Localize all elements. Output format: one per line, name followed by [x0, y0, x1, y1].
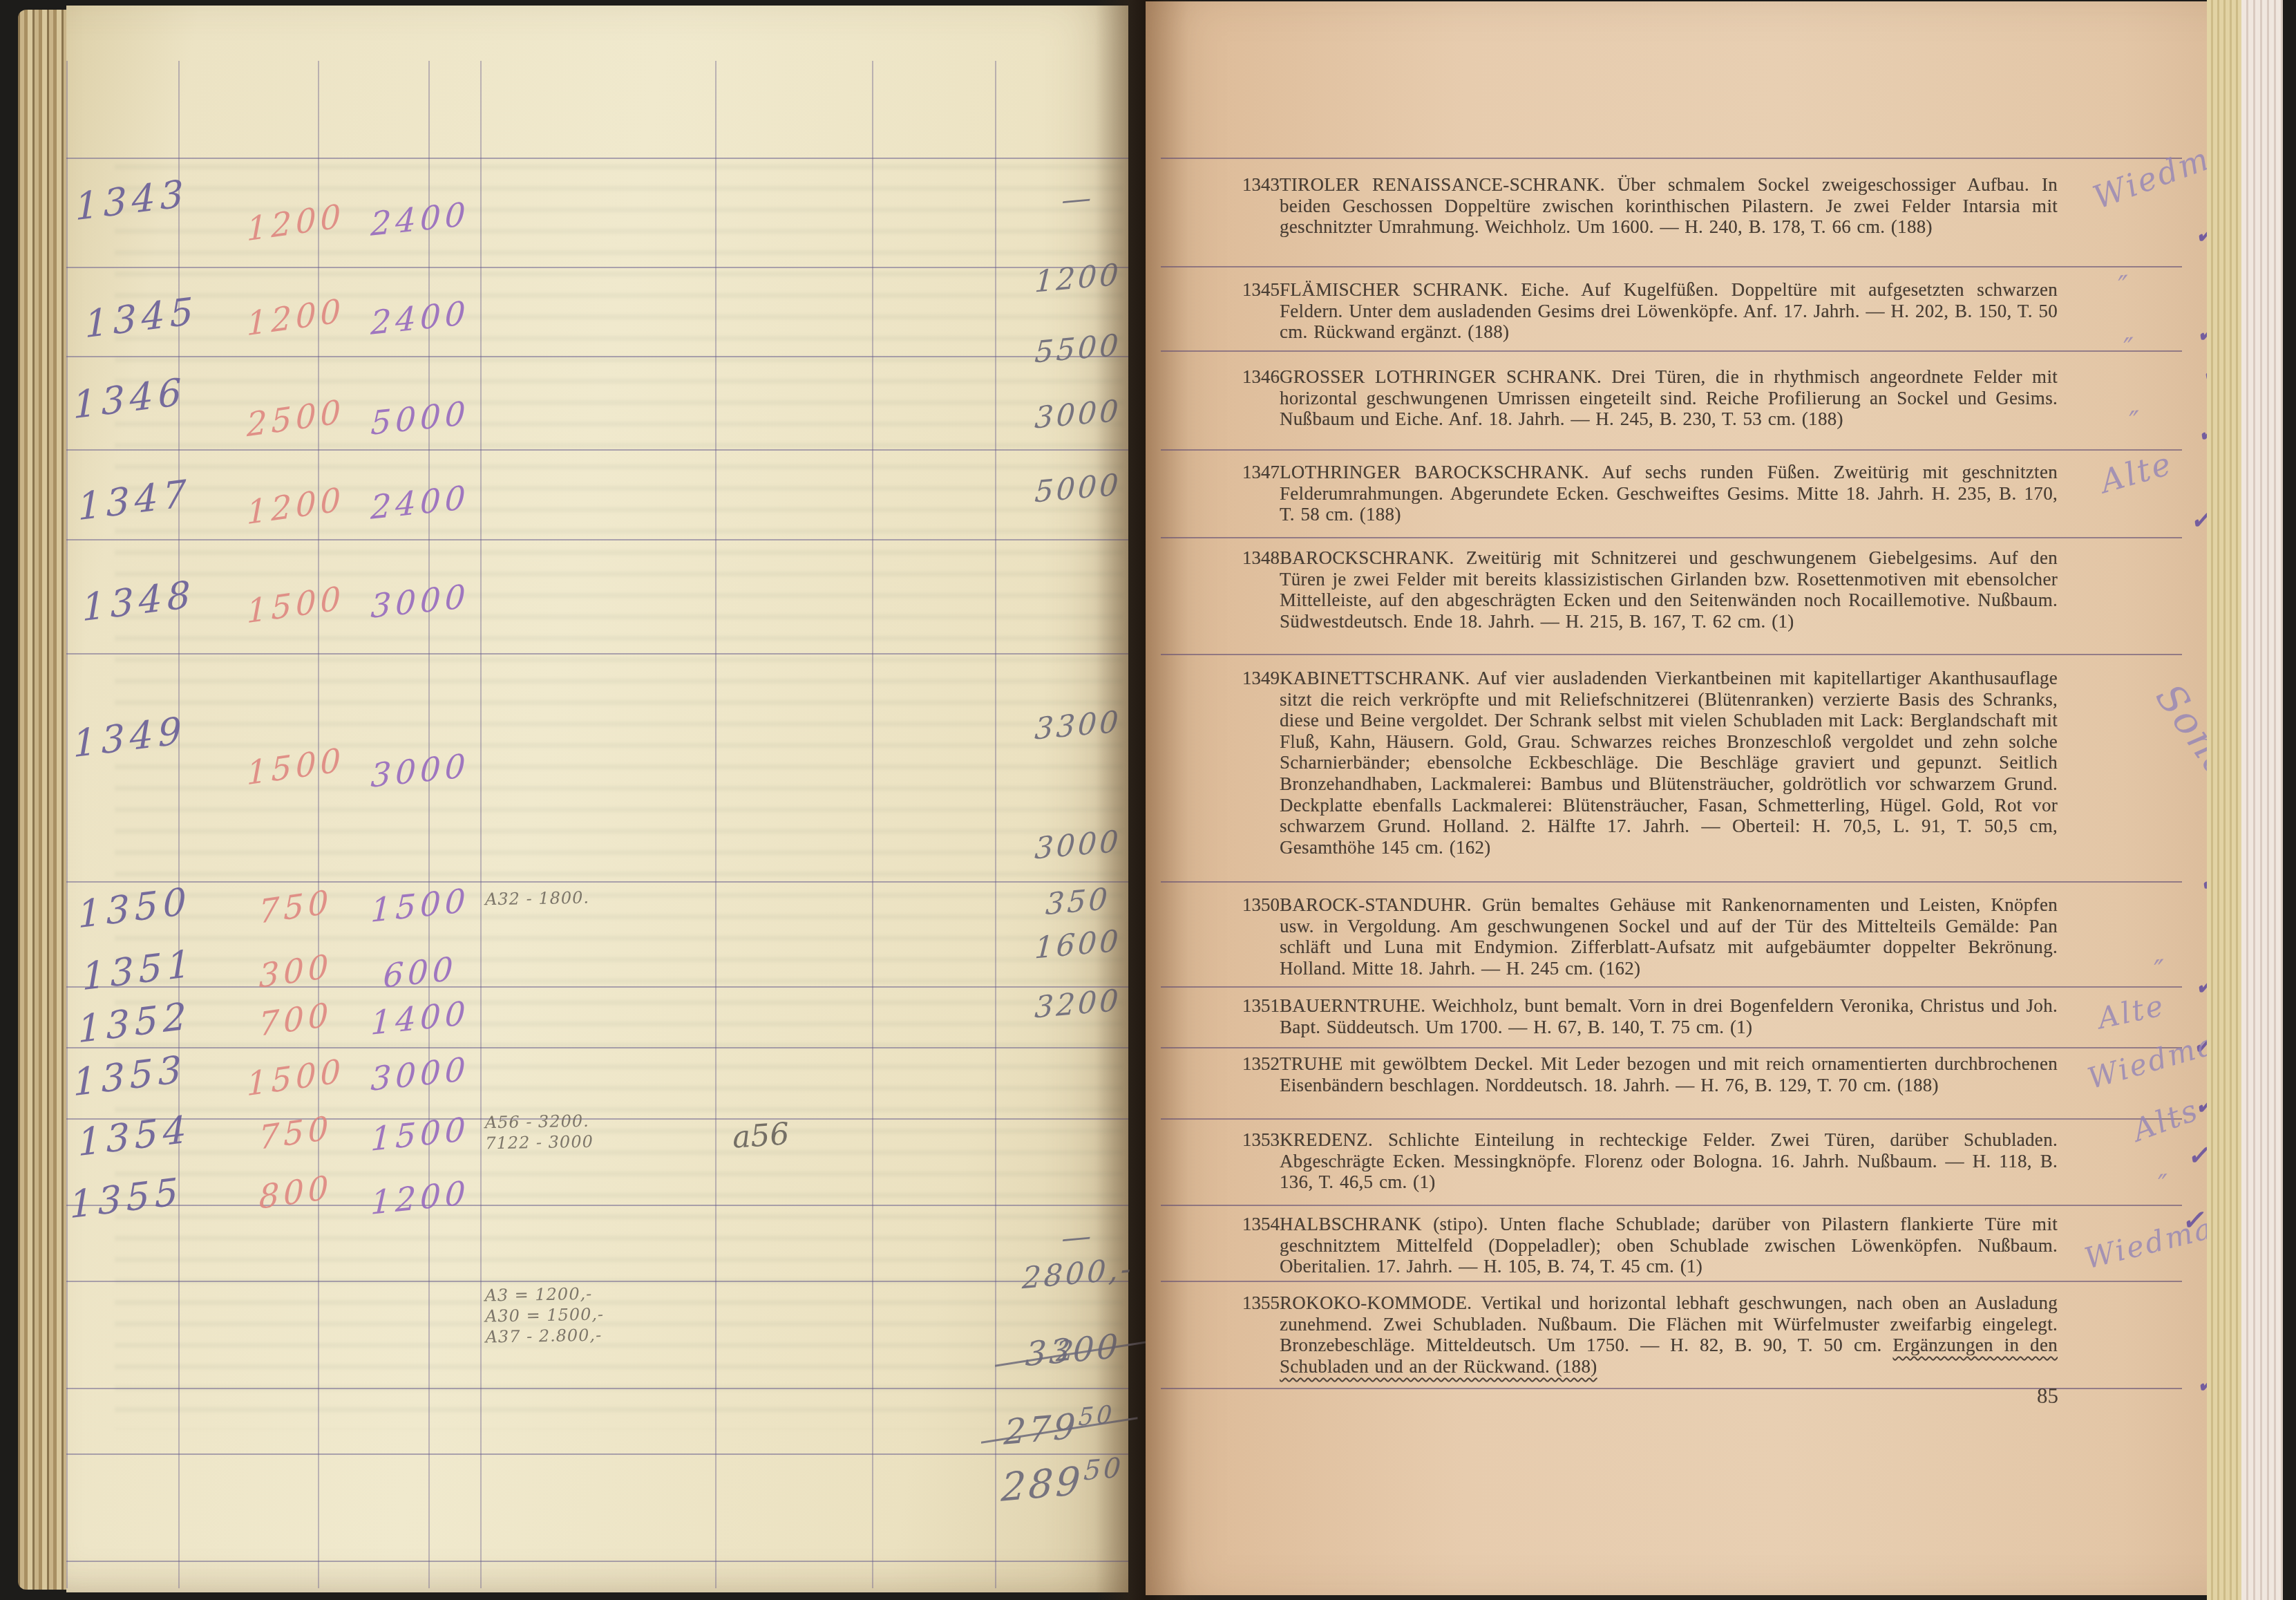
entry-text: BAROCK-STANDUHR. Grün bemaltes Gehäuse m… [1280, 894, 2058, 979]
entry-number: 1348 [1234, 547, 1280, 569]
catalog-entry: KABINETTSCHRANK. Auf vier ausladenden Vi… [1280, 668, 2058, 879]
scanned-auction-book: 1343 1345 1346 1347 1348 1349 1350 1351 … [0, 0, 2296, 1600]
catalog-page: 1343 TIROLER RENAISSANCE-SCHRANK. Über s… [1146, 1, 2207, 1595]
entry-text: KREDENZ. Schlichte Einteilung in rechtec… [1280, 1129, 2058, 1192]
entry-text: KABINETTSCHRANK. Auf vier ausladenden Vi… [1280, 668, 2058, 858]
catalog-entry: BAUERNTRUHE. Weichholz, bunt bemalt. Vor… [1280, 995, 2058, 1045]
entry-number: 1349 [1234, 668, 1280, 689]
catalog-entry: FLÄMISCHER SCHRANK. Eiche. Auf Kugelfüße… [1280, 279, 2058, 348]
entry-text: TIROLER RENAISSANCE-SCHRANK. Über schmal… [1280, 174, 2058, 237]
entry-text: BAROCKSCHRANK. Zweitürig mit Schnitzerei… [1280, 547, 2058, 632]
entry-rule [1161, 1388, 2182, 1389]
page-number: 85 [2037, 1384, 2058, 1409]
ledger-column-line [66, 61, 68, 1588]
catalog-entry: GROSSER LOTHRINGER SCHRANK. Drei Türen, … [1280, 366, 2058, 448]
catalog-entry: BAROCK-STANDUHR. Grün bemaltes Gehäuse m… [1280, 894, 2058, 984]
ledger-row-line [66, 1388, 1128, 1389]
pencil-side-note: a56 [731, 1116, 790, 1156]
entry-rule [1161, 1118, 2182, 1120]
entry-number: 1347 [1234, 462, 1280, 483]
entry-rule [1161, 1281, 2182, 1282]
entry-number: 1352 [1234, 1053, 1280, 1075]
entry-text: HALBSCHRANK (stipo). Unten flache Schubl… [1280, 1214, 2058, 1277]
entry-rule [1161, 158, 2182, 159]
ledger-row-line [66, 1561, 1128, 1562]
catalog-entry: HALBSCHRANK (stipo). Unten flache Schubl… [1280, 1214, 2058, 1279]
ledger-row-line [66, 1453, 1128, 1455]
entry-number: 1354 [1234, 1214, 1280, 1235]
right-page-stack-edge [2207, 0, 2241, 1600]
entry-rule [1161, 350, 2182, 352]
entry-rule [1161, 537, 2182, 538]
entry-number: 1355 [1234, 1292, 1280, 1314]
print-bleed-texture [115, 164, 1123, 1429]
left-page-stack-edge [18, 10, 68, 1590]
entry-number: 1351 [1234, 995, 1280, 1017]
ledger-column-line [715, 61, 717, 1588]
entry-rule [1161, 881, 2182, 883]
pencil-note: A56 - 3200. 7122 - 3000 [484, 1111, 594, 1154]
ledger-column-line [318, 61, 319, 1588]
ledger-column-line [428, 61, 430, 1588]
ledger-row-line [66, 267, 1128, 268]
catalog-entry: ROKOKO-KOMMODE. Vertikal und horizontal … [1280, 1292, 2058, 1386]
ledger-page: 1343 1345 1346 1347 1348 1349 1350 1351 … [66, 6, 1128, 1592]
catalog-entry: KREDENZ. Schlichte Einteilung in rechtec… [1280, 1129, 2058, 1203]
ledger-row-line [66, 1281, 1128, 1282]
entry-number: 1350 [1234, 894, 1280, 916]
entry-text: BAUERNTRUHE. Weichholz, bunt bemalt. Vor… [1280, 995, 2058, 1037]
entry-text: TRUHE mit gewölbtem Deckel. Mit Leder be… [1280, 1053, 2058, 1095]
ledger-row-line [66, 539, 1128, 540]
ledger-row-line [66, 653, 1128, 655]
catalog-entry: TRUHE mit gewölbtem Deckel. Mit Leder be… [1280, 1053, 2058, 1117]
pencil-note: A3 = 1200,- A30 = 1500,- A37 - 2.800,- [484, 1283, 605, 1348]
pencil-note: A32 - 1800. [485, 887, 589, 910]
entry-rule [1161, 1205, 2182, 1206]
entry-number: 1345 [1234, 279, 1280, 301]
entry-rule [1161, 266, 2182, 267]
catalog-entry: BAROCKSCHRANK. Zweitürig mit Schnitzerei… [1280, 547, 2058, 652]
ledger-column-line [480, 61, 482, 1588]
catalog-entry: TIROLER RENAISSANCE-SCHRANK. Über schmal… [1280, 174, 2058, 264]
entry-text: LOTHRINGER BAROCKSCHRANK. Auf sechs rund… [1280, 462, 2058, 525]
entry-rule [1161, 1047, 2182, 1048]
ledger-row-line [66, 881, 1128, 883]
ledger-column-line [872, 61, 873, 1588]
entry-rule [1161, 654, 2182, 655]
entry-number: 1343 [1234, 174, 1280, 196]
final-total-main: 289 [1000, 1458, 1084, 1511]
under-page-edge [2241, 0, 2283, 1600]
ledger-row-line [66, 449, 1128, 451]
entry-number: 1353 [1234, 1129, 1280, 1151]
ledger-row-line [66, 158, 1128, 159]
entry-rule [1161, 449, 2182, 451]
ledger-row-line [66, 1118, 1128, 1120]
ditto-mark: ″ [2157, 1169, 2172, 1200]
catalog-entry: LOTHRINGER BAROCKSCHRANK. Auf sechs rund… [1280, 462, 2058, 535]
entry-rule [1161, 986, 2182, 988]
entry-number: 1346 [1234, 366, 1280, 388]
entry-text: GROSSER LOTHRINGER SCHRANK. Drei Türen, … [1280, 366, 2058, 429]
ledger-row-line [66, 356, 1128, 357]
ledger-column-line [178, 61, 180, 1588]
entry-text: FLÄMISCHER SCHRANK. Eiche. Auf Kugelfüße… [1280, 279, 2058, 342]
